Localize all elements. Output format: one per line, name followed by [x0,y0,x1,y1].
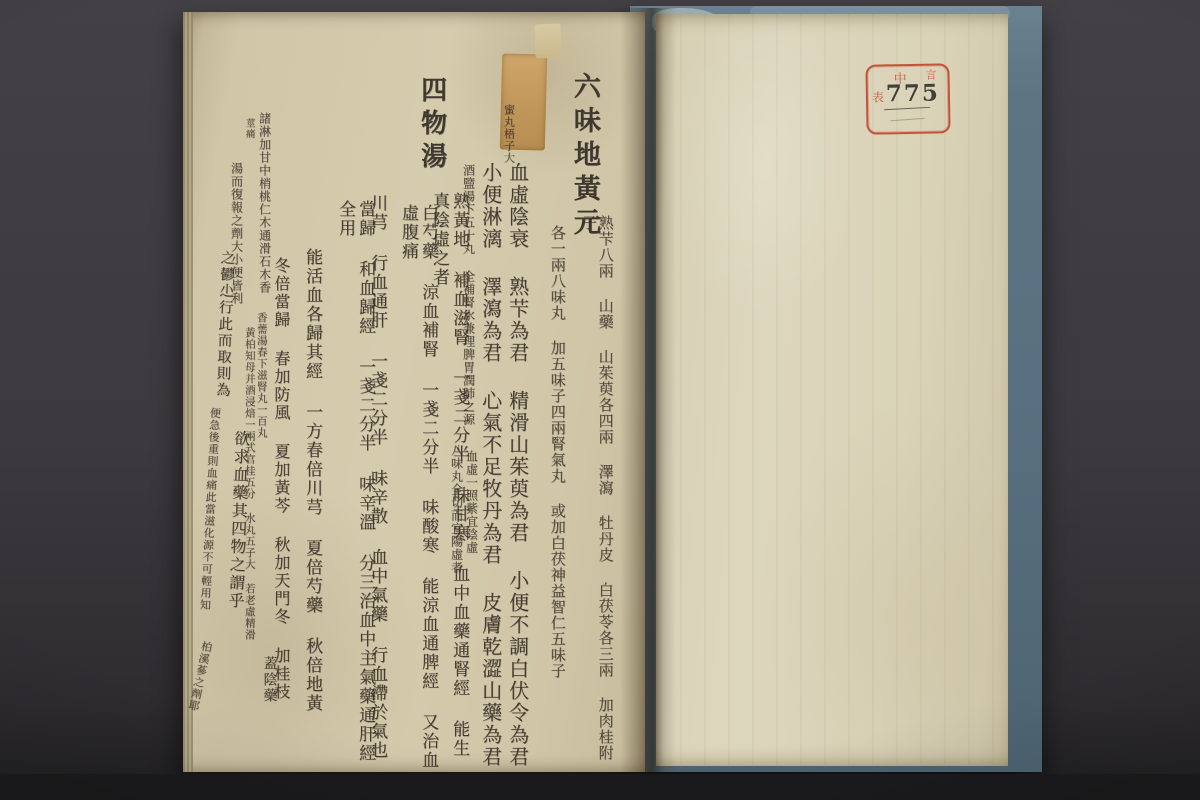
ingredients-column-left: 各一兩八味丸 加五味子四兩腎氣丸 或加白茯神益智仁五味子 [549,225,566,679]
stamp-red-character: 表 [872,88,884,105]
accession-stamp: 中 言 表 775 [865,63,950,134]
dosage-note: 蜜丸梧子大 [502,104,514,164]
stamp-pencil-scribble [890,110,925,121]
left-page-manuscript: 六味地黃元 熟芐八兩 山藥 山茱萸各四兩 澤瀉 牡丹皮 白茯苓各三兩 加肉桂附子… [183,12,645,772]
manuscript-column: 冬倍當歸 春加防風 夏加黃芩 秋加天門冬 加桂枝 [271,257,290,701]
manuscript-column: 血虛陰衰 熟芐為君 精滑山茱萸為君 小便不調白伏令為君 [505,162,529,768]
herb-column-danggui: 當歸 和血歸經 一戔二分半 味辛溫 分三治血中主氣藥通肝經 全用 [335,200,375,772]
paper-repair-patch-small [534,24,561,59]
marginal-note: 莖痛 [243,118,254,139]
stamp-number: 775 [886,79,940,107]
section-title-siwu-tang: 四物湯 [416,76,447,175]
right-page-blank: 中 言 表 775 [656,14,1008,766]
stamp-red-character: 中 [893,68,906,87]
manuscript-column: 蓋陰藥 [261,656,278,704]
marginal-column: 諸淋加甘中梢桃仁木通滑石木香 [257,112,270,294]
marginal-column: 便急後重則血痛此當滋化源不可輕用知 [198,407,221,611]
herb-column-baishaoyao: 白芍藥 涼血補腎 一戔二分半 味酸寒 能涼血通脾經 又治血虛腹痛 [398,204,438,772]
marginal-column-tail: 柏溪蔘之劑耶 [186,640,213,713]
table-surface [0,774,1200,800]
manuscript-column: 小便淋漓 澤瀉為君 心氣不足牧丹為君 皮膚乾澀山藥為君 [478,162,502,768]
manuscript-column: 能活血各歸其經 一方春倍川芎 夏倍芍藥 秋倍地黃 [302,248,322,713]
stamp-red-character: 言 [925,66,936,82]
photograph-of-open-manuscript-book: 中 言 表 775 六味地黃元 熟芐八兩 山藥 山茱萸各四兩 澤瀉 牡丹皮 白茯… [0,0,1200,800]
stamp-underline [884,107,930,110]
marginal-column: 之鬰尐行此而取則為 [212,250,234,399]
annotation-column: 香薷湯春下滋腎丸一百丸 [255,312,267,439]
ingredients-column-right: 熟芐八兩 山藥 山茱萸各四兩 澤瀉 牡丹皮 白茯苓各三兩 加肉桂附子 [580,215,614,772]
